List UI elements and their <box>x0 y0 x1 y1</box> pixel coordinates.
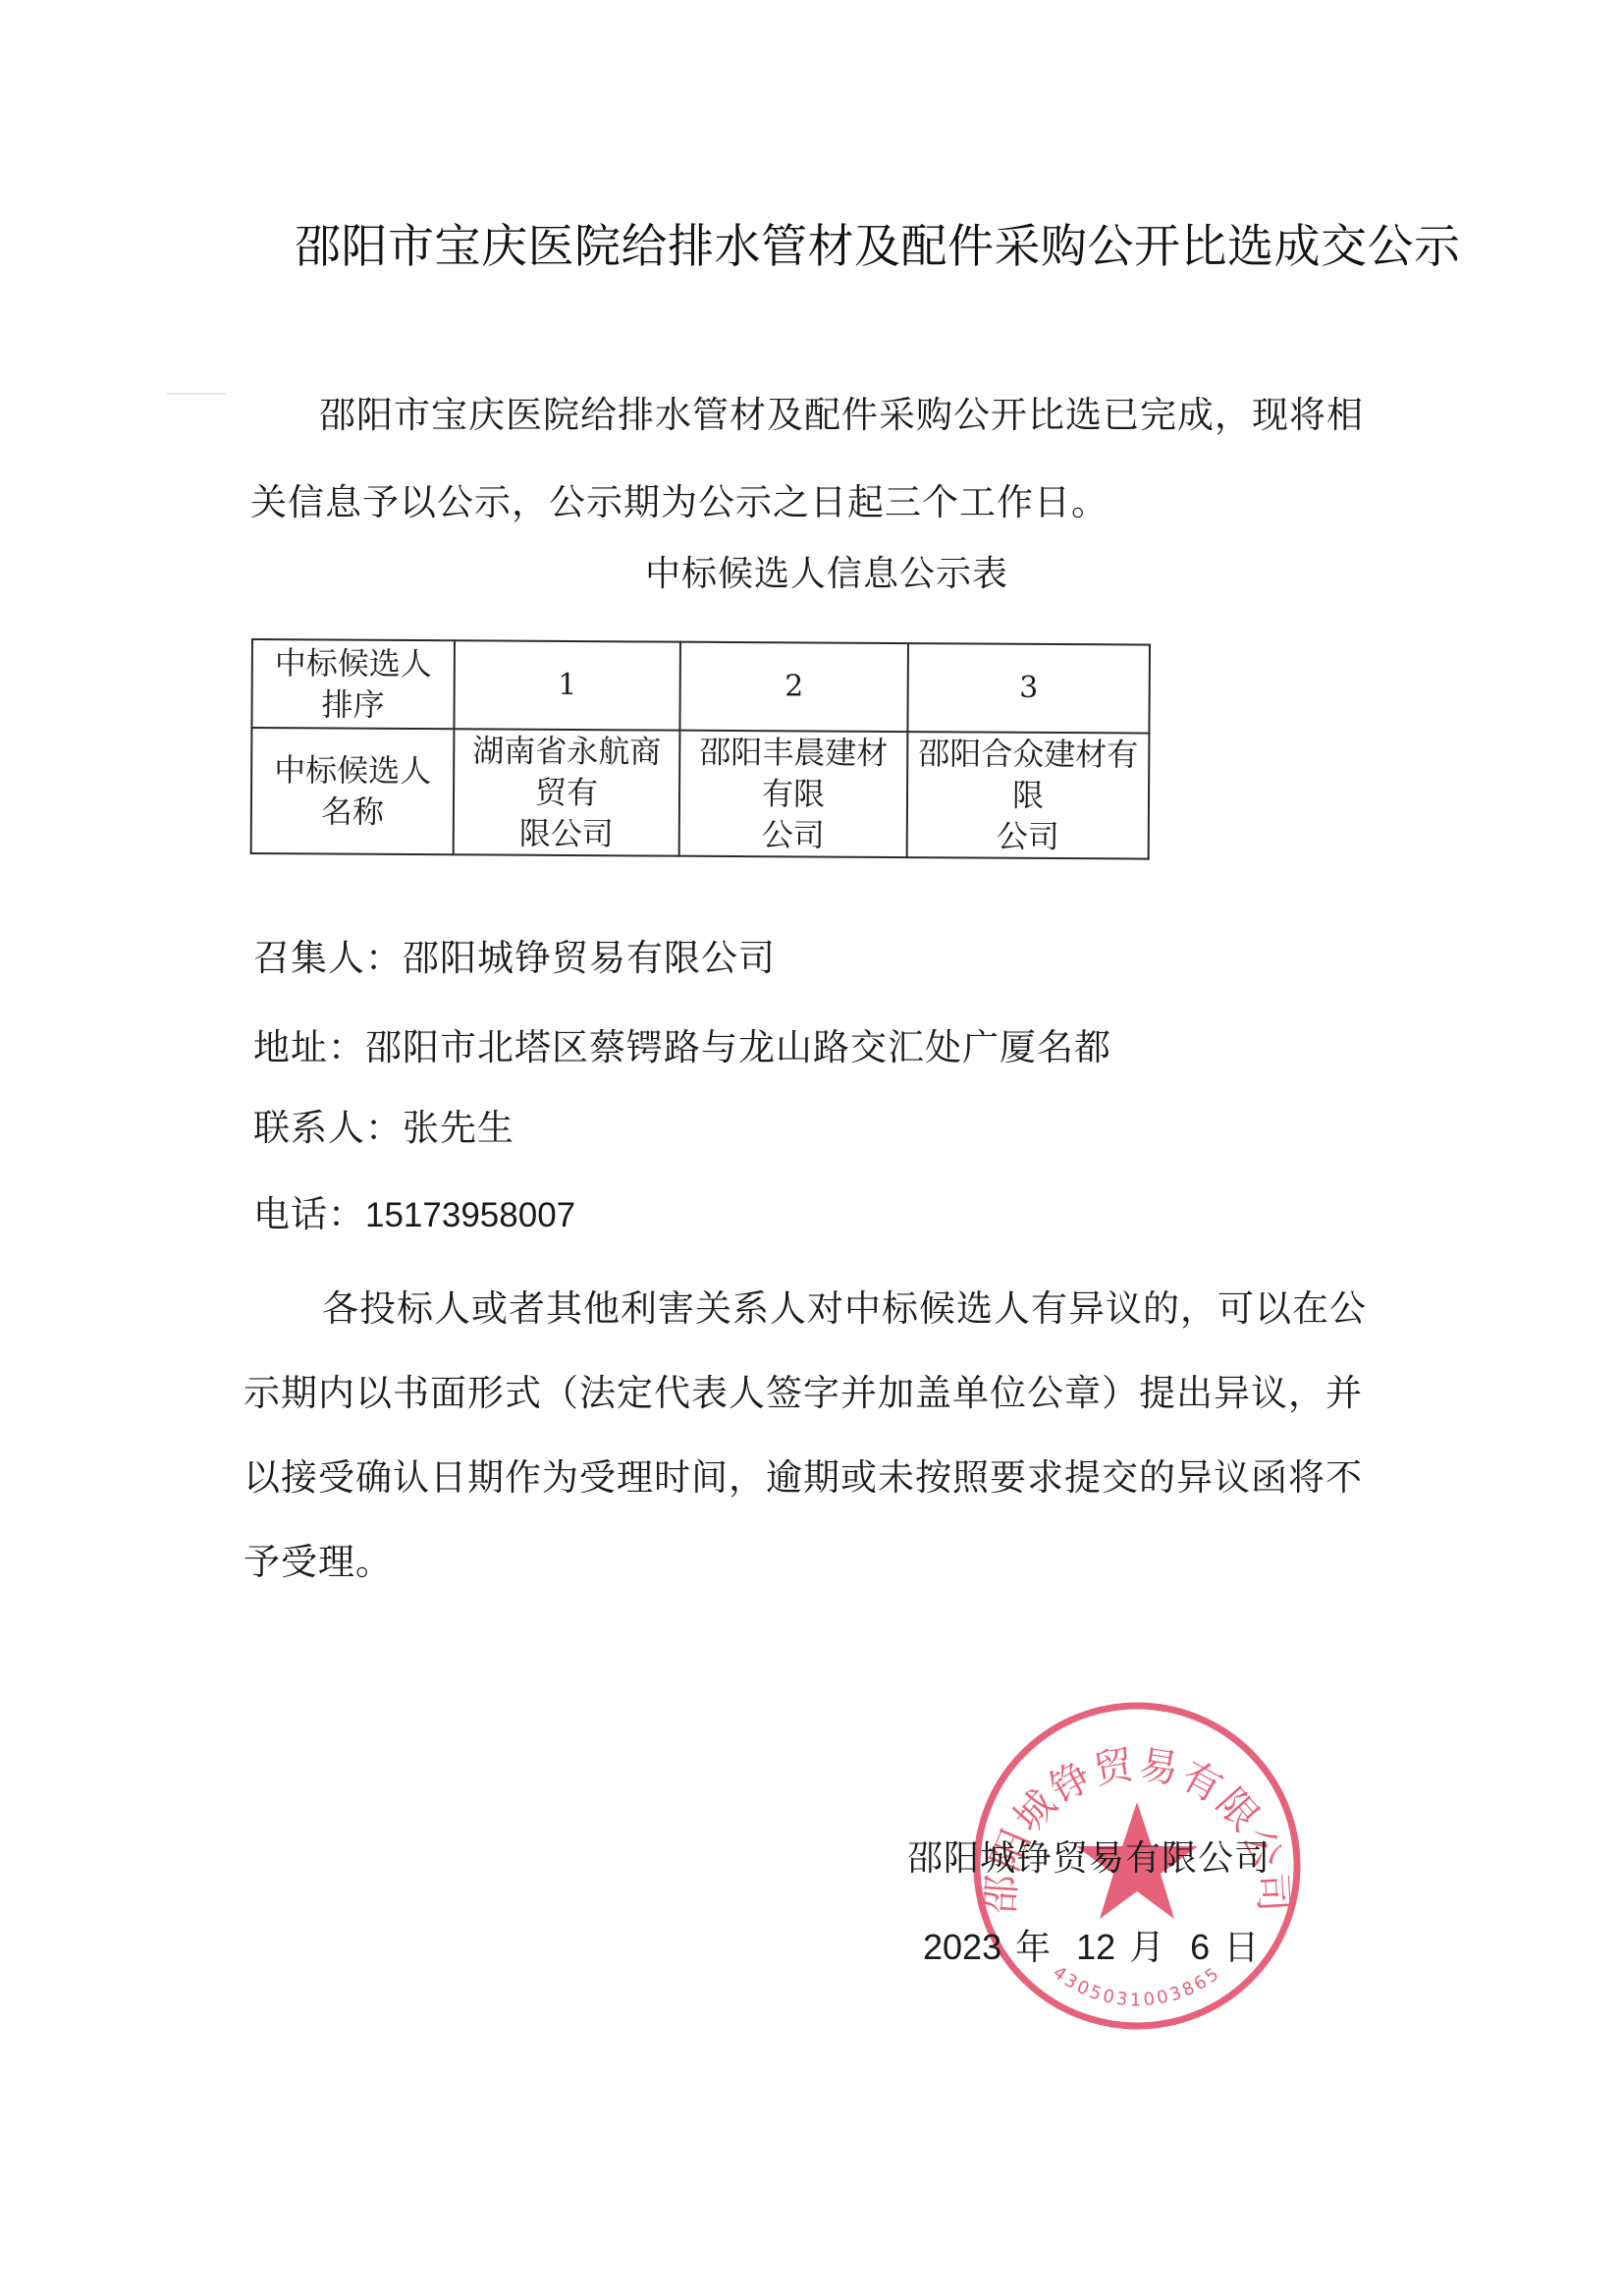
date-month: 12 <box>1076 1927 1115 1967</box>
header-line: 排序 <box>258 683 447 726</box>
objection-paragraph: 各投标人或者其他利害关系人对中标候选人有异议的，可以在公 示期内以书面形式（法定… <box>243 1267 1392 1605</box>
name-cell-2: 邵阳丰晨建材有限 公司 <box>679 731 908 857</box>
rank-cell-2: 2 <box>679 642 908 732</box>
objection-line-4: 予受理。 <box>243 1520 1392 1605</box>
cell-line: 公司 <box>686 814 900 856</box>
row-header-name: 中标候选人 名称 <box>251 728 455 854</box>
date-year-unit: 年 <box>1015 1928 1051 1968</box>
date-month-unit: 月 <box>1129 1928 1164 1968</box>
convener-value: 邵阳城铮贸易有限公司 <box>403 937 776 979</box>
objection-line-3: 以接受确认日期作为受理时间，逾期或未按照要求提交的异议函将不 <box>243 1436 1392 1520</box>
address-label: 地址： <box>253 1026 365 1068</box>
intro-line-2: 关信息予以公示，公示期为公示之日起三个工作日。 <box>250 459 1409 546</box>
date-year: 2023 <box>923 1927 1001 1967</box>
table-row-rank: 中标候选人 排序 1 2 3 <box>251 639 1150 734</box>
header-line: 名称 <box>258 791 447 833</box>
intro-paragraph: 邵阳市宝庆医院给排水管材及配件采购公开比选已完成，现将相 关信息予以公示，公示期… <box>250 371 1409 546</box>
table-caption: 中标候选人信息公示表 <box>645 546 1008 596</box>
name-cell-1: 湖南省永航商贸有 限公司 <box>454 729 680 855</box>
candidate-table: 中标候选人 排序 1 2 3 中标候选人 名称 湖南省永航商贸有 限公司 邵阳丰… <box>250 638 1151 860</box>
cell-line: 邵阳合众建材有限 <box>914 733 1143 816</box>
objection-line-2: 示期内以书面形式（法定代表人签字并加盖单位公章）提出异议，并 <box>243 1351 1392 1436</box>
rank-cell-1: 1 <box>454 640 680 730</box>
intro-line-1: 邵阳市宝庆医院给排水管材及配件采购公开比选已完成，现将相 <box>250 371 1409 459</box>
name-cell-3: 邵阳合众建材有限 公司 <box>907 732 1150 859</box>
header-line: 中标候选人 <box>258 749 447 792</box>
row-header-rank: 中标候选人 排序 <box>251 639 455 729</box>
contact-value: 张先生 <box>403 1107 514 1149</box>
cell-line: 邵阳丰晨建材有限 <box>686 732 901 815</box>
date-day-unit: 日 <box>1223 1928 1259 1968</box>
signing-date: 2023年12月6日 <box>923 1920 1284 1970</box>
convener-label: 召集人： <box>253 937 403 979</box>
cell-line: 公司 <box>914 815 1142 857</box>
phone-label: 电话： <box>253 1193 365 1235</box>
cell-line: 湖南省永航商贸有 <box>460 730 674 813</box>
cell-line: 限公司 <box>460 812 673 854</box>
rank-cell-3: 3 <box>907 643 1150 734</box>
objection-line-1: 各投标人或者其他利害关系人对中标候选人有异议的，可以在公 <box>243 1267 1392 1351</box>
convener-line: 召集人：邵阳城铮贸易有限公司 <box>253 928 776 981</box>
address-line: 地址：邵阳市北塔区蔡锷路与龙山路交汇处广厦名都 <box>253 1017 1111 1070</box>
phone-value: 15173958007 <box>365 1196 575 1234</box>
date-day: 6 <box>1190 1927 1210 1967</box>
signer-company: 邵阳城铮贸易有限公司 <box>907 1831 1271 1881</box>
document-title: 邵阳市宝庆医院给排水管材及配件采购公开比选成交公示 <box>295 210 1461 276</box>
address-value: 邵阳市北塔区蔡锷路与龙山路交汇处广厦名都 <box>365 1026 1111 1068</box>
scan-artifact <box>167 393 226 395</box>
header-line: 中标候选人 <box>259 642 448 684</box>
phone-line: 电话：15173958007 <box>253 1184 575 1237</box>
contact-person-line: 联系人：张先生 <box>253 1098 514 1151</box>
table-row-name: 中标候选人 名称 湖南省永航商贸有 限公司 邵阳丰晨建材有限 公司 邵阳合众建材… <box>251 728 1150 859</box>
contact-label: 联系人： <box>253 1107 403 1149</box>
